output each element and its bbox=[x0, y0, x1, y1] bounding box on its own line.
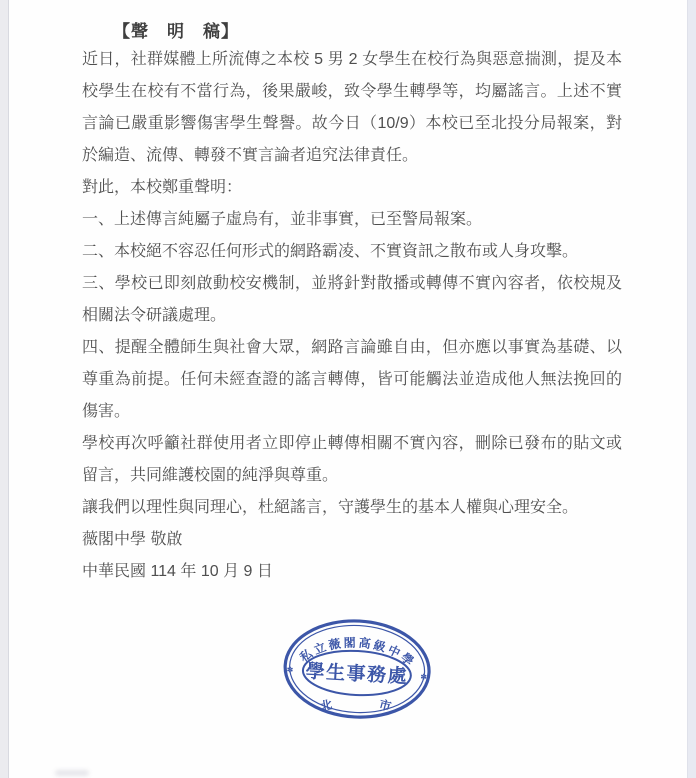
date-line: 中華民國 114 年 10 月 9 日 bbox=[82, 556, 622, 588]
school-stamp: 私立薇閣高級中學 學生事務處 北 市 ✽ ✽ bbox=[278, 612, 436, 730]
photo-edge-left bbox=[0, 0, 9, 778]
appeal-paragraph: 學校再次呼籲社群使用者立即停止轉傳相關不實內容，刪除已發布的貼文或留言，共同維護… bbox=[82, 428, 622, 492]
stamp-center-text: 學生事務處 bbox=[305, 659, 409, 687]
photo-artifact bbox=[55, 770, 89, 776]
statement-body: 【聲 明 稿】 近日，社群媒體上所流傳之本校 5 男 2 女學生在校行為與惡意揣… bbox=[82, 0, 622, 588]
statement-point-3: 三、學校已即刻啟動校安機制，並將針對散播或轉傳不實內容者，依校規及相關法令研議處… bbox=[82, 268, 622, 332]
stamp-bottom-left-char: 北 bbox=[319, 698, 333, 714]
statement-point-2: 二、本校絕不容忍任何形式的網路霸凌、不實資訊之散布或人身攻擊。 bbox=[82, 236, 622, 268]
photo-edge-right bbox=[687, 0, 696, 778]
intro-paragraph: 近日，社群媒體上所流傳之本校 5 男 2 女學生在校行為與惡意揣測，提及本校學生… bbox=[82, 44, 622, 172]
flower-icon: ✽ bbox=[420, 672, 427, 681]
statement-lead: 對此，本校鄭重聲明： bbox=[82, 172, 622, 204]
page-title: 【聲 明 稿】 bbox=[113, 20, 622, 44]
signature-line: 薇閣中學 敬啟 bbox=[82, 524, 622, 556]
statement-point-1: 一、上述傳言純屬子虛烏有，並非事實，已至警局報案。 bbox=[82, 204, 622, 236]
flower-icon: ✽ bbox=[286, 665, 293, 674]
document-photo: 【聲 明 稿】 近日，社群媒體上所流傳之本校 5 男 2 女學生在校行為與惡意揣… bbox=[0, 0, 696, 778]
closing-paragraph: 讓我們以理性與同理心，杜絕謠言，守護學生的基本人權與心理安全。 bbox=[82, 492, 622, 524]
statement-point-4: 四、提醒全體師生與社會大眾，網路言論雖自由，但亦應以事實為基礎、以尊重為前提。任… bbox=[82, 332, 622, 428]
